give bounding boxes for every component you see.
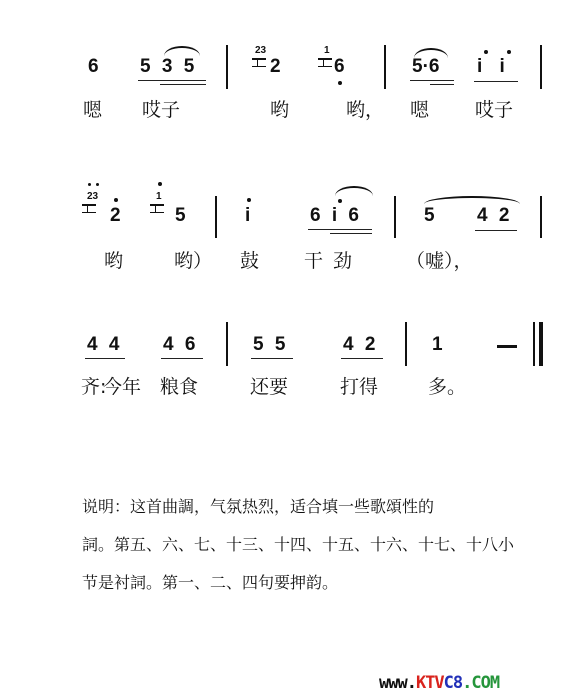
lyric: 还要 bbox=[250, 378, 288, 397]
slur bbox=[424, 196, 520, 204]
note-group: 5 5 bbox=[253, 335, 288, 354]
bar-line bbox=[405, 322, 407, 366]
note: 1 bbox=[432, 335, 443, 354]
note-group: 4 6 bbox=[163, 335, 198, 354]
high-octave-dot bbox=[88, 183, 91, 186]
bar-line bbox=[215, 196, 217, 238]
note: 5 bbox=[175, 206, 186, 225]
lyric: 哟 bbox=[270, 101, 289, 120]
underline bbox=[410, 80, 454, 81]
low-octave-dot bbox=[338, 81, 342, 85]
note: i bbox=[245, 206, 250, 225]
lyric: 干劲 bbox=[304, 252, 362, 271]
lyric: （嘘）， bbox=[406, 252, 473, 271]
high-octave-dot bbox=[96, 183, 99, 186]
lyric: 今年 bbox=[103, 378, 141, 397]
lyric: 哎子 bbox=[475, 101, 513, 120]
high-octave-dot bbox=[338, 199, 342, 203]
grace-note: 1 bbox=[156, 192, 162, 202]
note-group: 6 i 6 bbox=[310, 206, 362, 225]
final-bar-line-thin bbox=[533, 322, 535, 366]
note: 5 bbox=[424, 206, 435, 225]
lyric: 鼓 bbox=[240, 252, 259, 271]
bar-line bbox=[384, 45, 386, 89]
note: 2 bbox=[270, 57, 281, 76]
underline bbox=[475, 230, 517, 231]
watermark: www.KTVC8.COM bbox=[379, 673, 499, 693]
lyric: 哎子 bbox=[142, 101, 180, 120]
lyric: 哟） bbox=[174, 252, 212, 271]
high-octave-dot bbox=[158, 182, 162, 186]
grace-hook-icon bbox=[82, 204, 96, 213]
underline bbox=[330, 233, 372, 234]
bar-line bbox=[540, 45, 542, 89]
lyric: 哟， bbox=[346, 101, 384, 120]
lyric: 嗯 bbox=[410, 101, 429, 120]
high-octave-dot bbox=[247, 198, 251, 202]
explanation-line-1: 说明：这首曲調，气氛热烈，适合填一些歌頌性的 bbox=[82, 488, 552, 526]
note-group: 4 2 bbox=[343, 335, 378, 354]
watermark-com: .COM bbox=[462, 673, 499, 693]
high-octave-dot bbox=[114, 198, 118, 202]
note: 6 bbox=[88, 57, 99, 76]
note-group: 5 3 5 bbox=[140, 57, 197, 76]
high-octave-dot bbox=[507, 50, 511, 54]
underline bbox=[161, 358, 203, 359]
note-group: 4 4 bbox=[87, 335, 122, 354]
dash-extension bbox=[497, 345, 517, 348]
explanation-line-3: 节是衬詞。第一、二、四句要押韵。 bbox=[82, 564, 552, 602]
lyric: 嗯 bbox=[83, 101, 102, 120]
underline bbox=[138, 80, 206, 81]
note-group: 4 2 bbox=[477, 206, 512, 225]
underline bbox=[308, 229, 372, 230]
bar-line bbox=[226, 45, 228, 89]
underline bbox=[341, 358, 383, 359]
underline bbox=[251, 358, 293, 359]
grace-note: 23 bbox=[87, 192, 98, 202]
note-group: 5·6 bbox=[412, 57, 439, 76]
grace-hook-icon bbox=[318, 58, 332, 67]
explanation-line-2: 詞。第五、六、七、十三、十四、十五、十六、十七、十八小 bbox=[82, 526, 552, 564]
note-group: i i bbox=[477, 57, 511, 76]
lyric: 打得 bbox=[340, 378, 378, 397]
lyric: 多。 bbox=[428, 378, 466, 397]
bar-line bbox=[226, 322, 228, 366]
grace-note: 23 bbox=[255, 46, 266, 56]
high-octave-dot bbox=[484, 50, 488, 54]
grace-hook-icon bbox=[150, 204, 164, 213]
underline bbox=[85, 358, 125, 359]
watermark-www: www. bbox=[379, 673, 416, 693]
lyric: 粮食 bbox=[160, 378, 198, 397]
slur bbox=[164, 46, 200, 56]
note: 6 bbox=[334, 57, 345, 76]
underline bbox=[474, 81, 518, 82]
underline bbox=[160, 84, 206, 85]
bar-line bbox=[540, 196, 542, 238]
note: 2 bbox=[110, 206, 121, 225]
underline bbox=[430, 84, 454, 85]
lyric: 哟 bbox=[104, 252, 123, 271]
grace-note: 1 bbox=[324, 46, 330, 56]
watermark-c8: C8 bbox=[444, 673, 462, 693]
grace-hook-icon bbox=[252, 58, 266, 67]
slur bbox=[335, 186, 373, 196]
bar-line bbox=[394, 196, 396, 238]
watermark-ktv: KTV bbox=[416, 673, 444, 693]
final-bar-line-thick bbox=[539, 322, 543, 366]
